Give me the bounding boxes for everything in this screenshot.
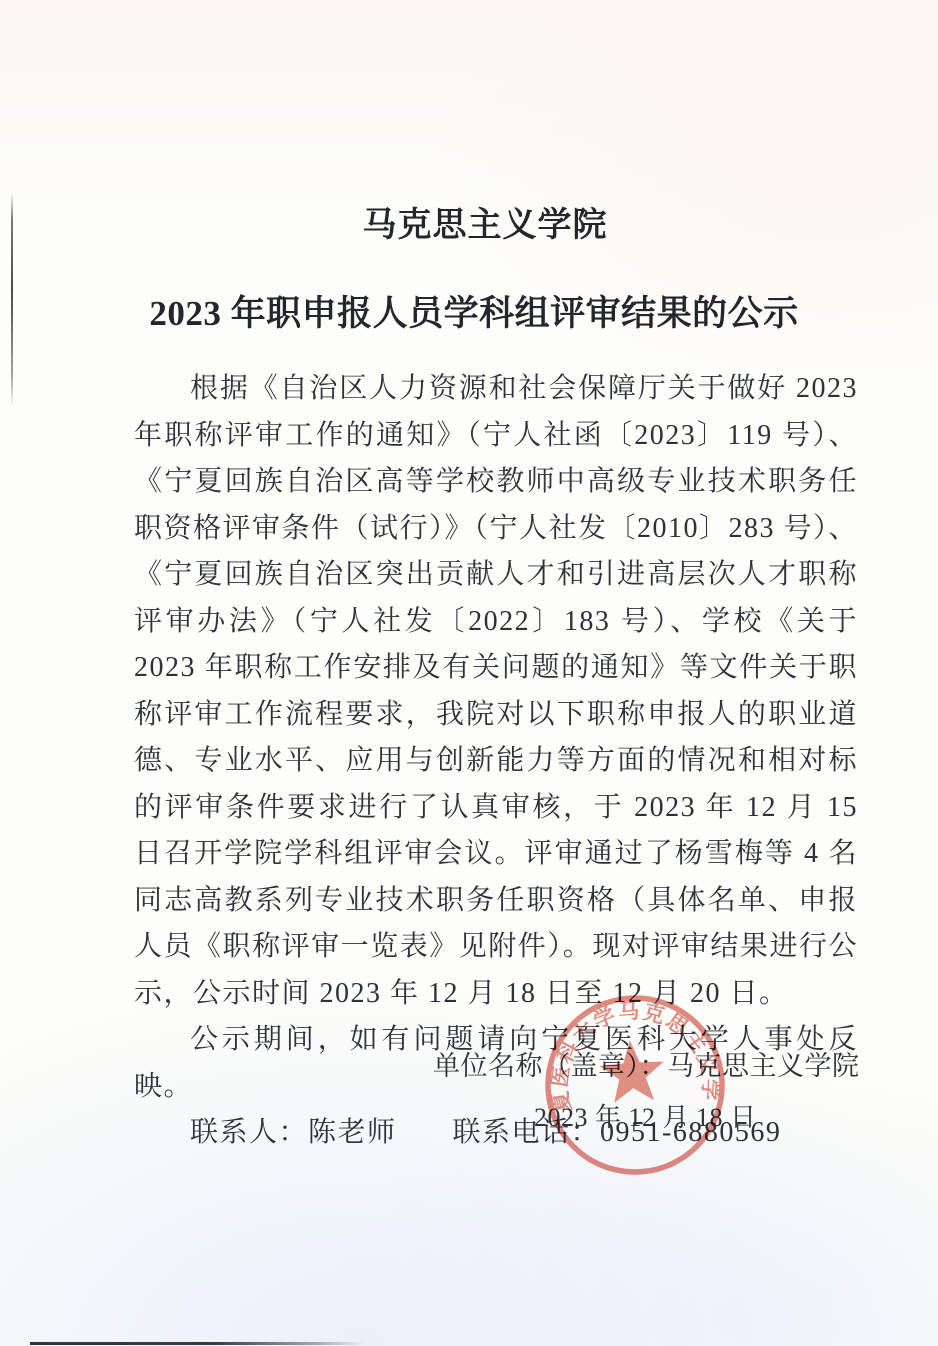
document-body: 根据《自治区人力资源和社会保障厅关于做好 2023 年职称评审工作的通知》（宁人… [134, 366, 858, 1157]
scanned-document-page: 马克思主义学院 2023 年职申报人员学科组评审结果的公示 根据《自治区人力资源… [0, 0, 938, 1346]
document-title: 马克思主义学院 [0, 197, 938, 246]
contact-person: 联系人：陈老师 [190, 1117, 397, 1148]
body-paragraph-main: 根据《自治区人力资源和社会保障厅关于做好 2023 年职称评审工作的通知》（宁人… [134, 366, 858, 1017]
document-subtitle: 2023 年职申报人员学科组评审结果的公示 [0, 286, 938, 336]
scan-artifact-bottom-edge [30, 1342, 365, 1345]
seal-star-icon [598, 1038, 667, 1104]
official-seal-stamp: 宁夏医科大学马克思主义学院 [528, 978, 741, 1191]
